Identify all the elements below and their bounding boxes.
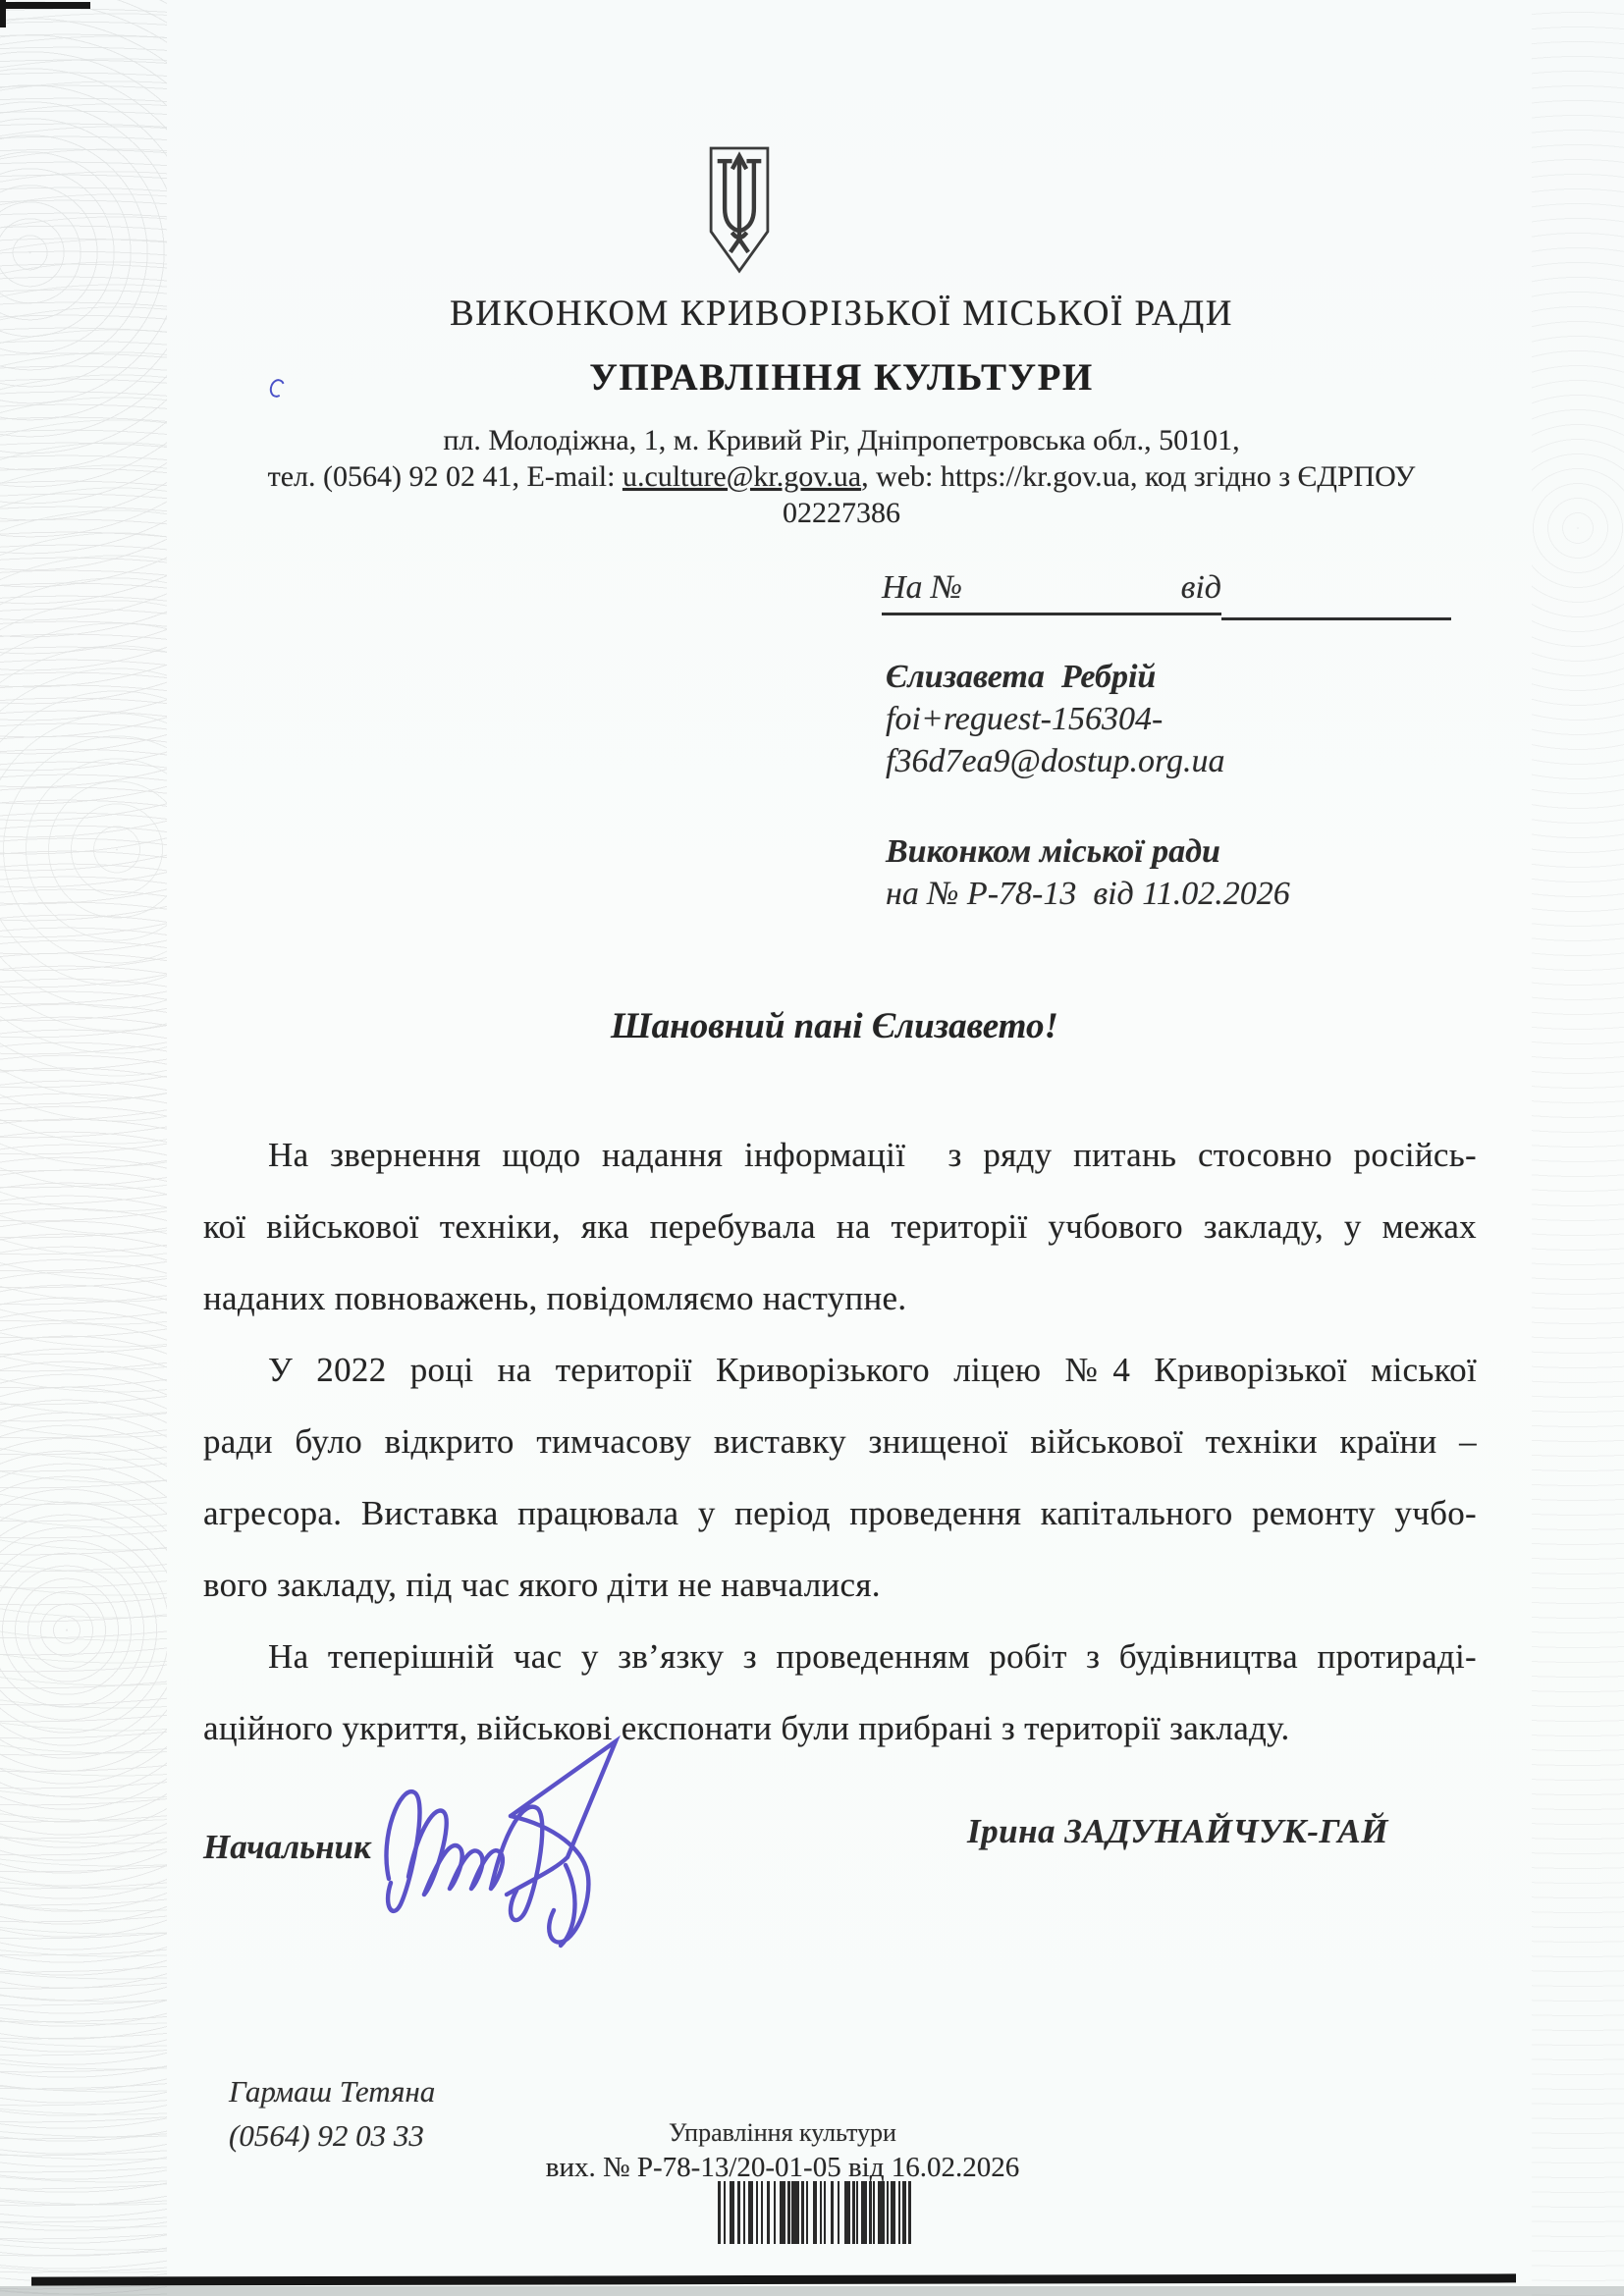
body-line: вого закладу, під час якого діти не навч… — [203, 1549, 1477, 1621]
scan-noise-left — [0, 0, 167, 2296]
body-line: кої військової техніки, яка перебувала н… — [203, 1191, 1477, 1262]
recipient-block: Єлизавета Ребрій foi+reguest-156304- f36… — [886, 656, 1224, 782]
document-barcode-icon — [718, 2181, 911, 2249]
address-line1: пл. Молодіжна, 1, м. Кривий Ріг, Дніпроп… — [59, 422, 1624, 458]
reference-number-blank: На № від — [882, 569, 1221, 615]
stamp-department: Управління культури — [488, 2118, 1077, 2148]
copy-recipient-ref: на № Р-78-13 від 11.02.2026 — [886, 873, 1290, 915]
address-line3-edrpou: 02227386 — [59, 495, 1624, 531]
org-address-block: пл. Молодіжна, 1, м. Кривий Ріг, Дніпроп… — [59, 422, 1624, 531]
signer-name: Ірина ЗАДУНАЙЧУК-ГАЙ — [967, 1812, 1388, 1851]
executor-phone: (0564) 92 03 33 — [229, 2113, 435, 2158]
body-line: На теперішній час у зв’язку з проведення… — [203, 1621, 1477, 1692]
body-line: наданих повноважень, повідомляємо наступ… — [203, 1262, 1477, 1334]
body-line: ради було відкрито тимчасову виставку зн… — [203, 1406, 1477, 1477]
copy-recipient-block: Виконком міської ради на № Р-78-13 від 1… — [886, 830, 1290, 915]
body-line: На звернення щодо надання інформації з р… — [203, 1119, 1477, 1191]
executor-name: Гармаш Тетяна — [229, 2069, 435, 2113]
handwritten-signature-icon — [361, 1710, 656, 1962]
body-line: агресора. Виставка працювала у період пр… — [203, 1477, 1477, 1549]
scanned-letter-page: ВИКОНКОМ КРИВОРІЗЬКОЇ МІСЬКОЇ РАДИ УПРАВ… — [0, 0, 1624, 2296]
reference-blanks-line: На № від — [882, 567, 1451, 615]
body-line: У 2022 році на території Криворізького л… — [203, 1334, 1477, 1406]
scan-noise-right — [1532, 0, 1624, 2296]
recipient-email-line2: f36d7ea9@dostup.org.ua — [886, 740, 1224, 782]
reference-date-blank — [1221, 572, 1451, 620]
letter-body: На звернення щодо надання інформації з р… — [203, 1119, 1477, 1764]
org-name-line2: УПРАВЛІННЯ КУЛЬТУРИ — [59, 355, 1624, 400]
signer-title: Начальник — [203, 1828, 371, 1867]
ukraine-trident-emblem-icon — [705, 141, 774, 284]
outgoing-stamp-block: Управління культури вих. № Р-78-13/20-01… — [488, 2118, 1077, 2184]
scan-artifact-bottom-edge — [31, 2273, 1516, 2285]
recipient-name: Єлизавета Ребрій — [886, 656, 1224, 698]
executor-contact-block: Гармаш Тетяна (0564) 92 03 33 — [229, 2069, 435, 2158]
recipient-email-line1: foi+reguest-156304- — [886, 698, 1224, 740]
address-line2: тел. (0564) 92 02 41, E-mail: u.culture@… — [59, 458, 1624, 495]
org-email: u.culture@kr.gov.ua — [623, 460, 861, 493]
org-name-line1: ВИКОНКОМ КРИВОРІЗЬКОЇ МІСЬКОЇ РАДИ — [59, 293, 1624, 335]
vid-label: від — [1181, 569, 1221, 607]
stamp-outgoing-ref: вих. № Р-78-13/20-01-05 від 16.02.2026 — [488, 2152, 1077, 2184]
scan-artifact-bottom-shadow — [0, 2286, 1624, 2296]
salutation: Шановний пані Єлизавето! — [611, 1005, 1058, 1047]
scan-artifact-top-left — [0, 0, 6, 27]
copy-recipient-org: Виконком міської ради — [886, 830, 1290, 873]
na-no-label: На № — [882, 569, 962, 607]
scan-artifact-top-edge — [0, 2, 90, 9]
